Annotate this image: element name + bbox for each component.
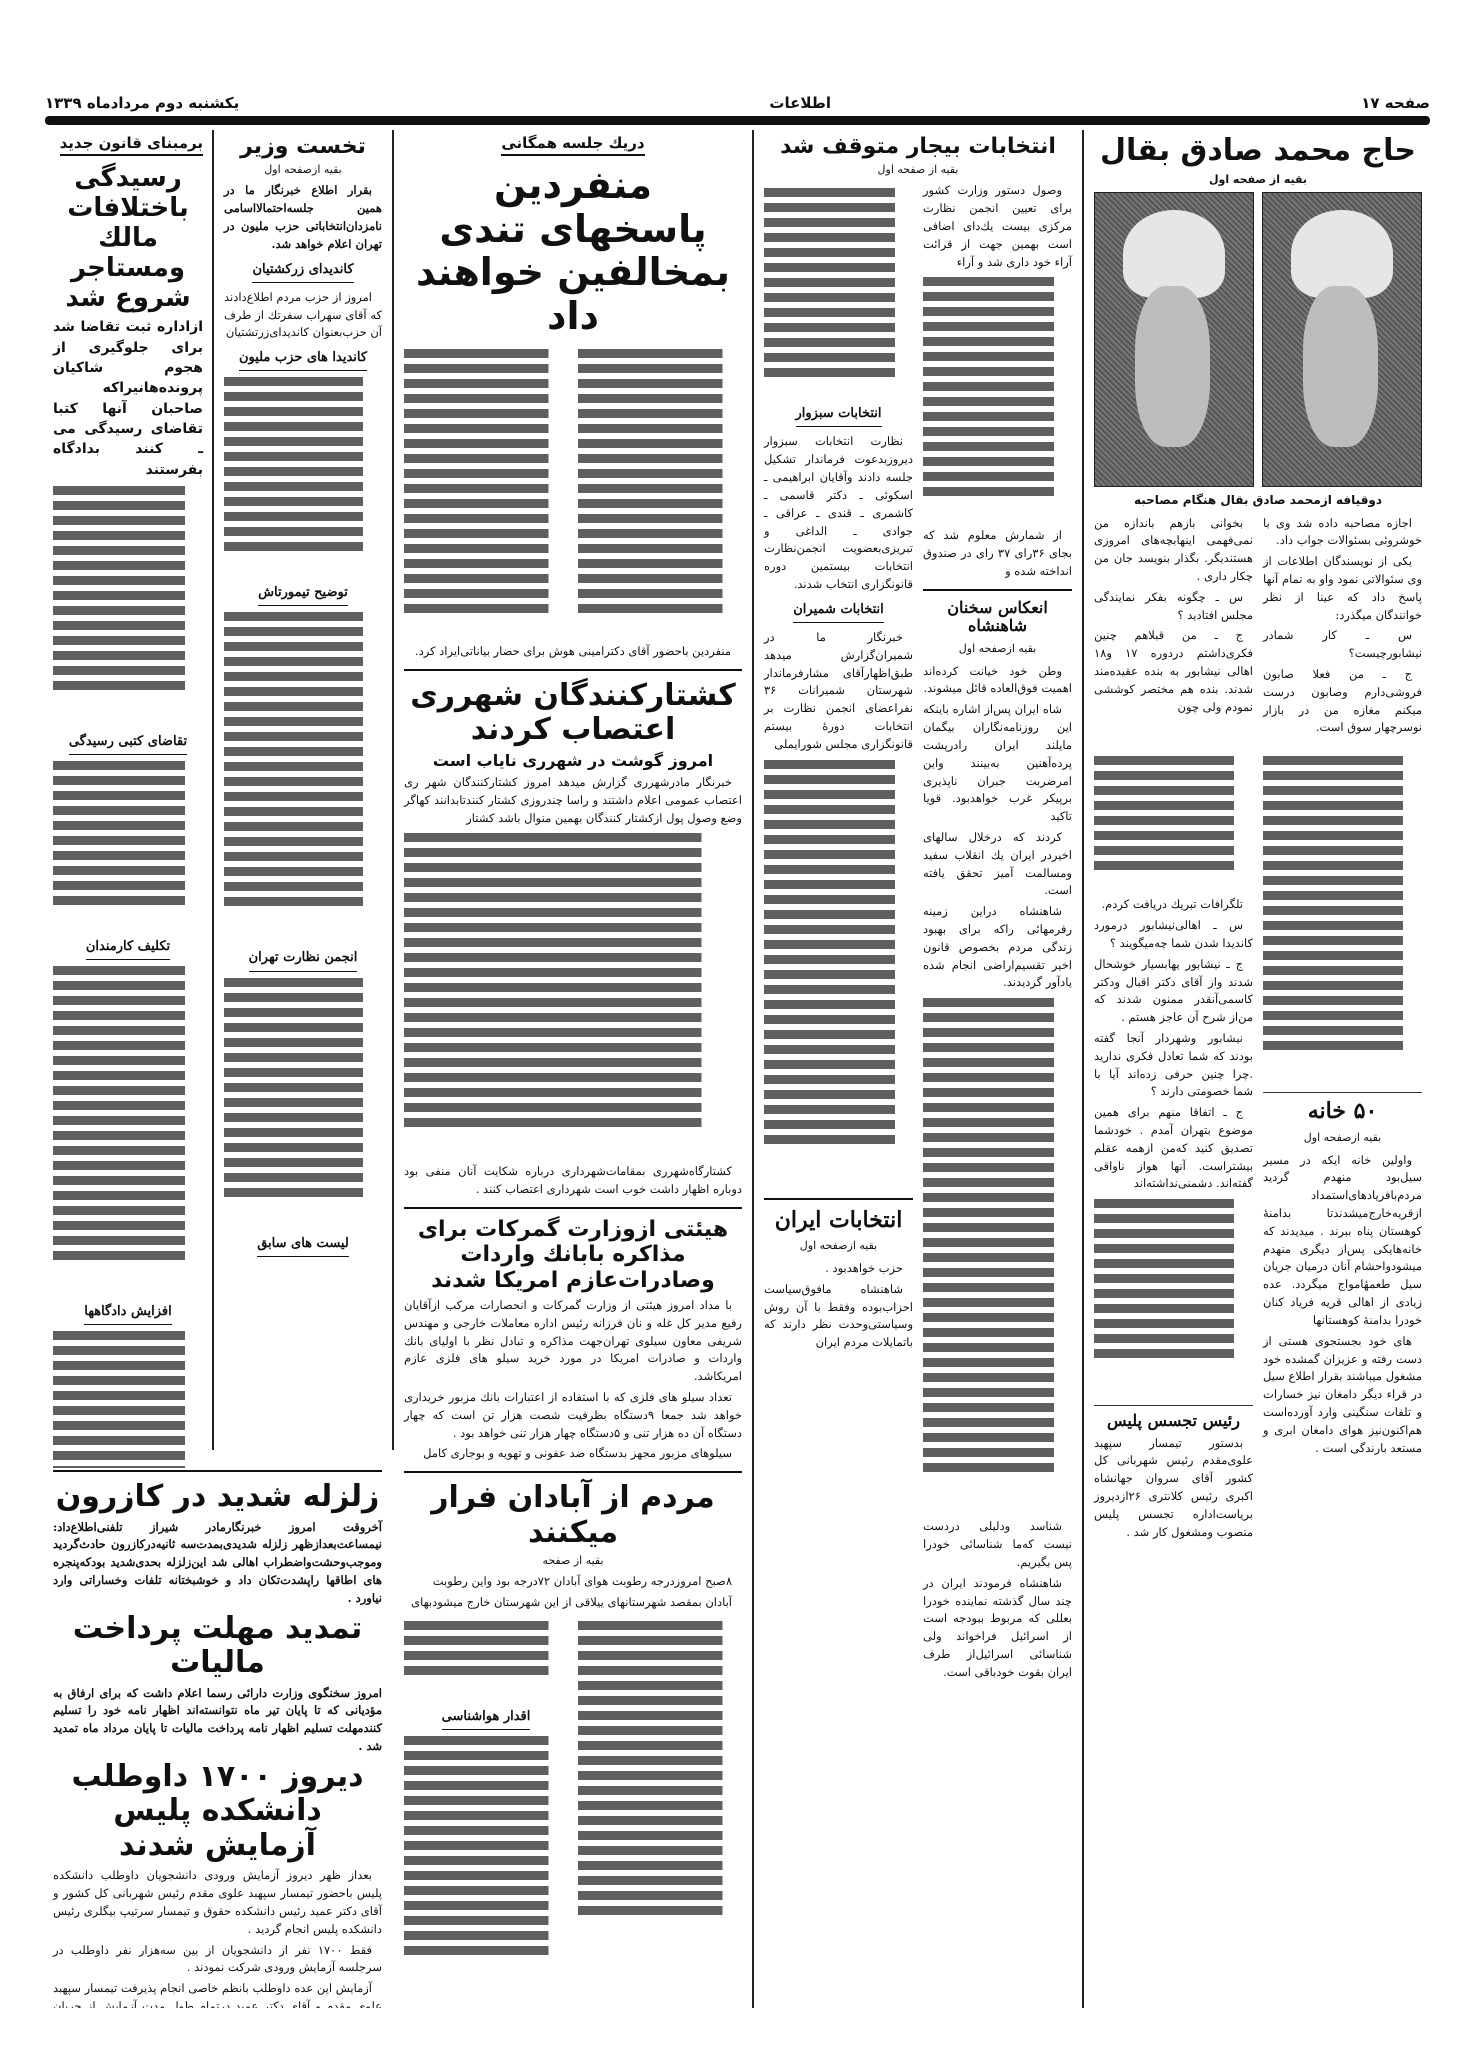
- paragraph: امروز سخنگوی وزارت دارائی رسما اعلام داش…: [53, 1685, 382, 1756]
- continued-note: بقیه از صفحه اول: [1094, 173, 1422, 186]
- paragraph: شاهنشاه مافوق‌سیاست احزاب‌بوده وفقط با آ…: [764, 1281, 913, 1352]
- paragraph: س ـ چگونه بفکر نمایندگی مجلس افتادید ؟: [1094, 589, 1253, 625]
- paragraph: وطن خود خیانت کرده‌اند اهمیت فوق‌العاده …: [923, 663, 1072, 699]
- subhead-sabzevar: انتخابات سبزوار: [796, 404, 882, 427]
- kicker: دریك جلسه همگانی: [501, 134, 644, 156]
- paragraph: واولین خانه ایکه در مسیر سیل‌بود منهدم گ…: [1263, 1152, 1422, 1330]
- article-landlord-tenant: برمبنای قانون جدید رسیدگی باختلافات مالك…: [45, 130, 211, 1468]
- paragraph: بعداز ظهر دیروز آزمایش ورودی دانشجویان د…: [53, 1867, 382, 1938]
- article-baghal: حاج محمد صادق بقال بقیه از صفحه اول دوقی…: [1086, 130, 1430, 2008]
- paragraph: حزب خواهدبود .: [764, 1260, 913, 1278]
- headline-police-chief: رئیس تجسس پلیس: [1094, 1412, 1253, 1430]
- subhead-zoroastrian-candidate: کاندیدای زرکشتیان: [252, 260, 353, 283]
- column-divider: [752, 130, 754, 2008]
- headline-abadan: مردم از آبادان فرار میکنند: [404, 1481, 742, 1550]
- paragraph: بدستور تیمسار سپهبد علوی‌مقدم رئیس شهربا…: [1094, 1435, 1253, 1542]
- paragraph: وصول دستور وزارت کشور برای تعیین انجمن ن…: [923, 182, 1072, 271]
- paragraph: فقط ۱۷۰۰ نفر از دانشجویان از بین سه‌هزار…: [53, 1942, 382, 1978]
- subhead-staff: تکلیف کارمندان: [86, 937, 170, 960]
- paragraph: خبرنگار ما در شمیران‌گزارش میدهد طبق‌اظه…: [764, 629, 913, 754]
- paragraph: اجازه مصاحبه داده شد وی با خوشروئی بسئوا…: [1263, 515, 1422, 551]
- headline: رسیدگی باختلافات مالك ومستاجر شروع شد: [53, 164, 203, 313]
- headline-50-houses: ۵۰ خانه: [1263, 1099, 1422, 1124]
- paragraph: کشتارگاه‌شهرری بمقامات‌شهرداری درباره شک…: [404, 1163, 742, 1199]
- text-block: [1094, 1199, 1253, 1399]
- column-divider: [212, 130, 214, 1450]
- paragraph: ج ـ من فعلا صابون فروشی‌دارم وصابون درست…: [1263, 666, 1422, 737]
- article-bijar-elections: انتخابات بیجار متوقف شد بقیه از صفحه اول…: [756, 130, 1080, 2008]
- continued-note: بقیه ازصفحه اول: [923, 640, 1072, 657]
- subheadline: امروز گوشت در شهرری نایاب است: [404, 752, 742, 770]
- text-block: [1263, 756, 1422, 1086]
- paragraph: ج ـ نیشابور یهابسیار خوشحال شدند واز آقا…: [1094, 956, 1253, 1027]
- paragraph: کردند که درخلال سالهای اخیردر ایران یك ا…: [923, 829, 1072, 900]
- photo-profile: [1094, 192, 1254, 487]
- paragraph: با مداد امروز هیئتی از وزارت گمرکات و ان…: [404, 1297, 742, 1386]
- paragraph: خبرنگار مادرشهرری گزارش میدهد امروز کشتا…: [404, 774, 742, 827]
- text-block: [1094, 756, 1253, 896]
- subhead-more-courts: افزایش دادگاهها: [84, 1302, 171, 1325]
- photo-pair: [1094, 192, 1422, 487]
- paragraph: س ـ اهالی‌نیشابور درمورد کاندیدا شدن شما…: [1094, 917, 1253, 953]
- paragraph: س ـ کار شمادر نیشابورچیست؟: [1263, 627, 1422, 663]
- subhead-written-request: تقاضای کتبی رسیدگی: [69, 732, 187, 755]
- paragraph: نیشابور وشهردار آنجا گفته بودند که شما ت…: [1094, 1030, 1253, 1101]
- headline-customs-delegation: هیئتی ازوزارت گمرکات برای مذاکره بابانك …: [404, 1217, 742, 1293]
- paragraph: ۸صبح امروزدرجه رطوبت هوای آبادان ۷۲درجه …: [404, 1573, 742, 1591]
- continued-note: بقیه از صفحه: [404, 1554, 742, 1567]
- column-divider: [392, 130, 394, 1450]
- headline: منفردین پاسخهای تندی بمخالفین خواهند داد: [404, 164, 742, 339]
- newspaper-name: اطلاعات: [769, 94, 831, 112]
- paragraph: شاهنشاه دراین زمینه رفرمهائی راکه برای ب…: [923, 903, 1072, 992]
- continued-note: بقیه ازصفحه اول: [764, 1237, 913, 1254]
- continued-note: بقیه ازصفحه اول: [224, 163, 382, 176]
- paragraph: شاهنشاه فرمودند ایران در چند سال گذشته ن…: [923, 1575, 1072, 1682]
- masthead-rule: [45, 116, 1430, 125]
- column-divider: [1082, 130, 1084, 2008]
- subhead-weather: اقدار هواشناسی: [442, 1707, 531, 1730]
- headline: انتخابات بیجار متوقف شد: [764, 134, 1072, 159]
- paragraph: تعداد سیلو های فلزی که با استفاده از اعت…: [404, 1389, 742, 1442]
- paragraph: بقرار اطلاع خبرنگار ما در همین جلسه‌احتم…: [224, 182, 382, 253]
- headline-iran-elections: انتخابات ایران: [764, 1208, 913, 1233]
- paragraph: منفردین باحضور آقای دکترامینی هوش برای ح…: [404, 643, 742, 661]
- paragraph: آبادان بمقصد شهرستانهای ییلاقی از این شه…: [404, 1594, 742, 1612]
- headline-shah-remarks: انعکاس سخنان شاهنشاه: [923, 599, 1072, 636]
- paragraph: آزمایش این عده داوطلب بانظم خاصی انجام پ…: [53, 1980, 382, 2008]
- paragraph: یکی از نویسندگان اطلاعات از وی سئوالاتی …: [1263, 553, 1422, 624]
- masthead: یکشنبه دوم مردادماه ۱۳۳۹ اطلاعات صفحه ۱۷: [45, 88, 1430, 118]
- paragraph: نظارت انتخابات سبزوار دیروزبدعوت فرماندا…: [764, 433, 913, 593]
- headline-kazerun-quake: زلزله شدید در کازرون: [53, 1480, 382, 1515]
- paragraph: از شمارش معلوم شد که بجای ۳۶رای ۳۷ رای د…: [923, 527, 1072, 580]
- headline-police-academy: دیروز ۱۷۰۰ داوطلب دانشکده پلیس آزمایش شد…: [53, 1760, 382, 1864]
- subhead-melliyun-candidates: کاندیدا های حزب ملیون: [239, 348, 367, 371]
- paragraph: ج ـ من قبلاهم چنین فکری‌داشتم دردوره ۱۷ …: [1094, 627, 1253, 716]
- issue-date: یکشنبه دوم مردادماه ۱۳۳۹: [45, 94, 239, 112]
- paragraph: بخوانی بازهم باندازه من نمی‌فهمی اینهابچ…: [1094, 515, 1253, 586]
- page-number: صفحه ۱۷: [1361, 94, 1430, 112]
- headline-tax-extension: تمدید مهلت پرداخت مالیات: [53, 1612, 382, 1681]
- paragraph: های خود بجستجوی هستی از دست رفته و عزیزا…: [1263, 1333, 1422, 1458]
- subhead-teymourtash: توضیح تیمورتاش: [258, 583, 348, 606]
- article-independents: دریك جلسه همگانی منفردین پاسخهای تندی بم…: [396, 130, 750, 2008]
- article-prime-minister: تخست وزیر بقیه ازصفحه اول بقرار اطلاع خب…: [216, 130, 390, 1468]
- photo-front: [1262, 192, 1422, 487]
- paragraph: تلگرافات تبریك دریافت كردم.: [1094, 896, 1253, 914]
- bottom-left-news: زلزله شدید در کازرون آخروقت امروز خبرنگا…: [45, 1470, 390, 2008]
- headline: تخست وزیر: [224, 134, 382, 159]
- continued-note: بقیه ازصفحه اول: [1263, 1129, 1422, 1146]
- paragraph: امروز از حزب مردم اطلاع‌دادند که آقای سه…: [224, 289, 382, 342]
- lead-paragraph: ازاداره ثبت تقاضا شد برای جلوگیری از هجو…: [53, 317, 203, 479]
- headline-butchers-strike: کشتارکنندگان شهرری اعتصاب کردند: [404, 679, 742, 748]
- photo-caption: دوقیافه ازمحمد صادق بقال هنگام مصاحبه: [1094, 493, 1422, 507]
- paragraph: شاه ایران پس‌از اشاره باینکه این روزنامه…: [923, 701, 1072, 826]
- paragraph: سیلوهای مزبور مجهز بدستگاه ضد عفونی و ته…: [404, 1445, 742, 1463]
- continued-note: بقیه از صفحه اول: [764, 163, 1072, 176]
- paragraph: آخروقت امروز خبرنگارمادر شیراز تلفنی‌اطل…: [53, 1519, 382, 1608]
- kicker: برمبنای قانون جدید: [60, 134, 203, 156]
- headline: حاج محمد صادق بقال: [1094, 134, 1422, 169]
- subhead-shemiran: انتخابات شمیران: [793, 600, 884, 623]
- paragraph: ج ـ اتفاقا منهم برای همین موضوع بتهران آ…: [1094, 1104, 1253, 1193]
- paragraph: شناسد ودلیلی دردست نیست که‌ما شناسائی خو…: [923, 1518, 1072, 1571]
- subhead-tehran-council: انجمن نظارت تهران: [249, 948, 358, 971]
- subhead-previous-lists: لیست های سابق: [257, 1234, 349, 1257]
